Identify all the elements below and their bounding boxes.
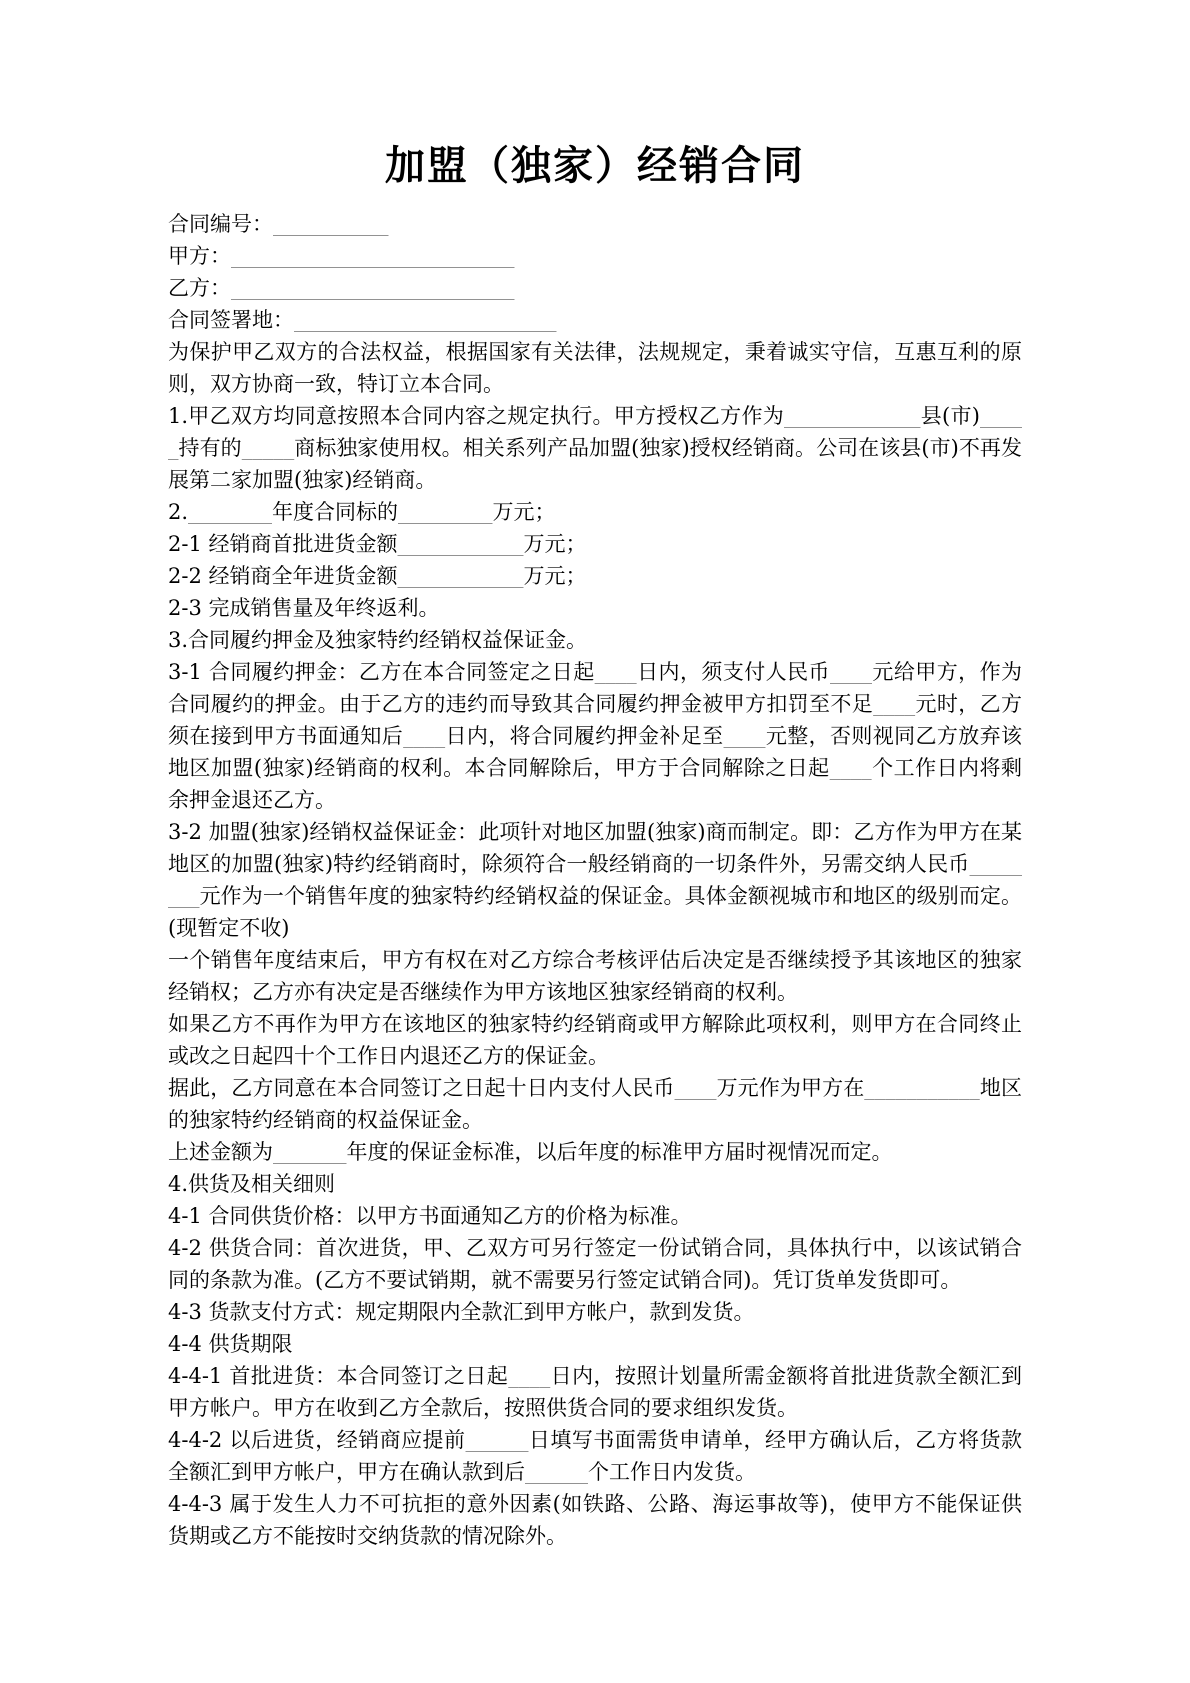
clause-4-1: 4-1 合同供货价格：以甲方书面通知乙方的价格为标准。 [168, 1200, 1022, 1232]
party-a-label: 甲方： [168, 244, 231, 268]
clause-3-2: 3-2 加盟(独家)经销权益保证金：此项针对地区加盟(独家)商而制定。即：乙方作… [168, 816, 1022, 944]
field-line-signing-place: 合同签署地：_________________________ [168, 304, 1022, 336]
contract-page: 加盟（独家）经销合同 合同编号：___________ 甲方：_________… [0, 0, 1190, 1683]
clause-3-1: 3-1 合同履约押金：乙方在本合同签定之日起____日内，须支付人民币____元… [168, 656, 1022, 816]
signing-place-label: 合同签署地： [168, 308, 294, 332]
paragraph-preamble: 为保护甲乙双方的合法权益，根据国家有关法律，法规规定，秉着诚实守信，互惠互利的原… [168, 336, 1022, 400]
clause-3-2-standard: 上述金额为_______年度的保证金标准，以后年度的标准甲方届时视情况而定。 [168, 1136, 1022, 1168]
clause-4-4-3: 4-4-3 属于发生人力不可抗拒的意外因素(如铁路、公路、海运事故等)，使甲方不… [168, 1488, 1022, 1552]
clause-3-2-renewal: 一个销售年度结束后，甲方有权在对乙方综合考核评估后决定是否继续授予其该地区的独家… [168, 944, 1022, 1008]
clause-4-4-2: 4-4-2 以后进货，经销商应提前______日填写书面需货申请单，经甲方确认后… [168, 1424, 1022, 1488]
clause-1: 1.甲乙双方均同意按照本合同内容之规定执行。甲方授权乙方作为__________… [168, 400, 1022, 496]
clause-4-2: 4-2 供货合同：首次进货，甲、乙双方可另行签定一份试销合同，具体执行中，以该试… [168, 1232, 1022, 1296]
field-line-contract-number: 合同编号：___________ [168, 208, 1022, 240]
clause-3-2-payment: 据此，乙方同意在本合同签订之日起十日内支付人民币____万元作为甲方在_____… [168, 1072, 1022, 1136]
clause-4: 4.供货及相关细则 [168, 1168, 1022, 1200]
document-body: 为保护甲乙双方的合法权益，根据国家有关法律，法规规定，秉着诚实守信，互惠互利的原… [168, 336, 1022, 1552]
clause-4-3: 4-3 货款支付方式：规定期限内全款汇到甲方帐户，款到发货。 [168, 1296, 1022, 1328]
field-line-party-b: 乙方：___________________________ [168, 272, 1022, 304]
document-title: 加盟（独家）经销合同 [168, 140, 1022, 192]
clause-2-3: 2-3 完成销售量及年终返利。 [168, 592, 1022, 624]
field-line-party-a: 甲方：___________________________ [168, 240, 1022, 272]
party-b-blank: ___________________________ [231, 276, 515, 300]
clause-2-1: 2-1 经销商首批进货金额____________万元； [168, 528, 1022, 560]
header-fields: 合同编号：___________ 甲方：____________________… [168, 208, 1022, 336]
clause-2: 2.________年度合同标的_________万元； [168, 496, 1022, 528]
clause-4-4: 4-4 供货期限 [168, 1328, 1022, 1360]
clause-3: 3.合同履约押金及独家特约经销权益保证金。 [168, 624, 1022, 656]
signing-place-blank: _________________________ [294, 308, 557, 332]
clause-3-2-refund: 如果乙方不再作为甲方在该地区的独家特约经销商或甲方解除此项权利，则甲方在合同终止… [168, 1008, 1022, 1072]
party-b-label: 乙方： [168, 276, 231, 300]
contract-number-label: 合同编号： [168, 212, 273, 236]
contract-number-blank: ___________ [273, 212, 389, 236]
party-a-blank: ___________________________ [231, 244, 515, 268]
clause-4-4-1: 4-4-1 首批进货：本合同签订之日起____日内，按照计划量所需金额将首批进货… [168, 1360, 1022, 1424]
clause-2-2: 2-2 经销商全年进货金额____________万元； [168, 560, 1022, 592]
